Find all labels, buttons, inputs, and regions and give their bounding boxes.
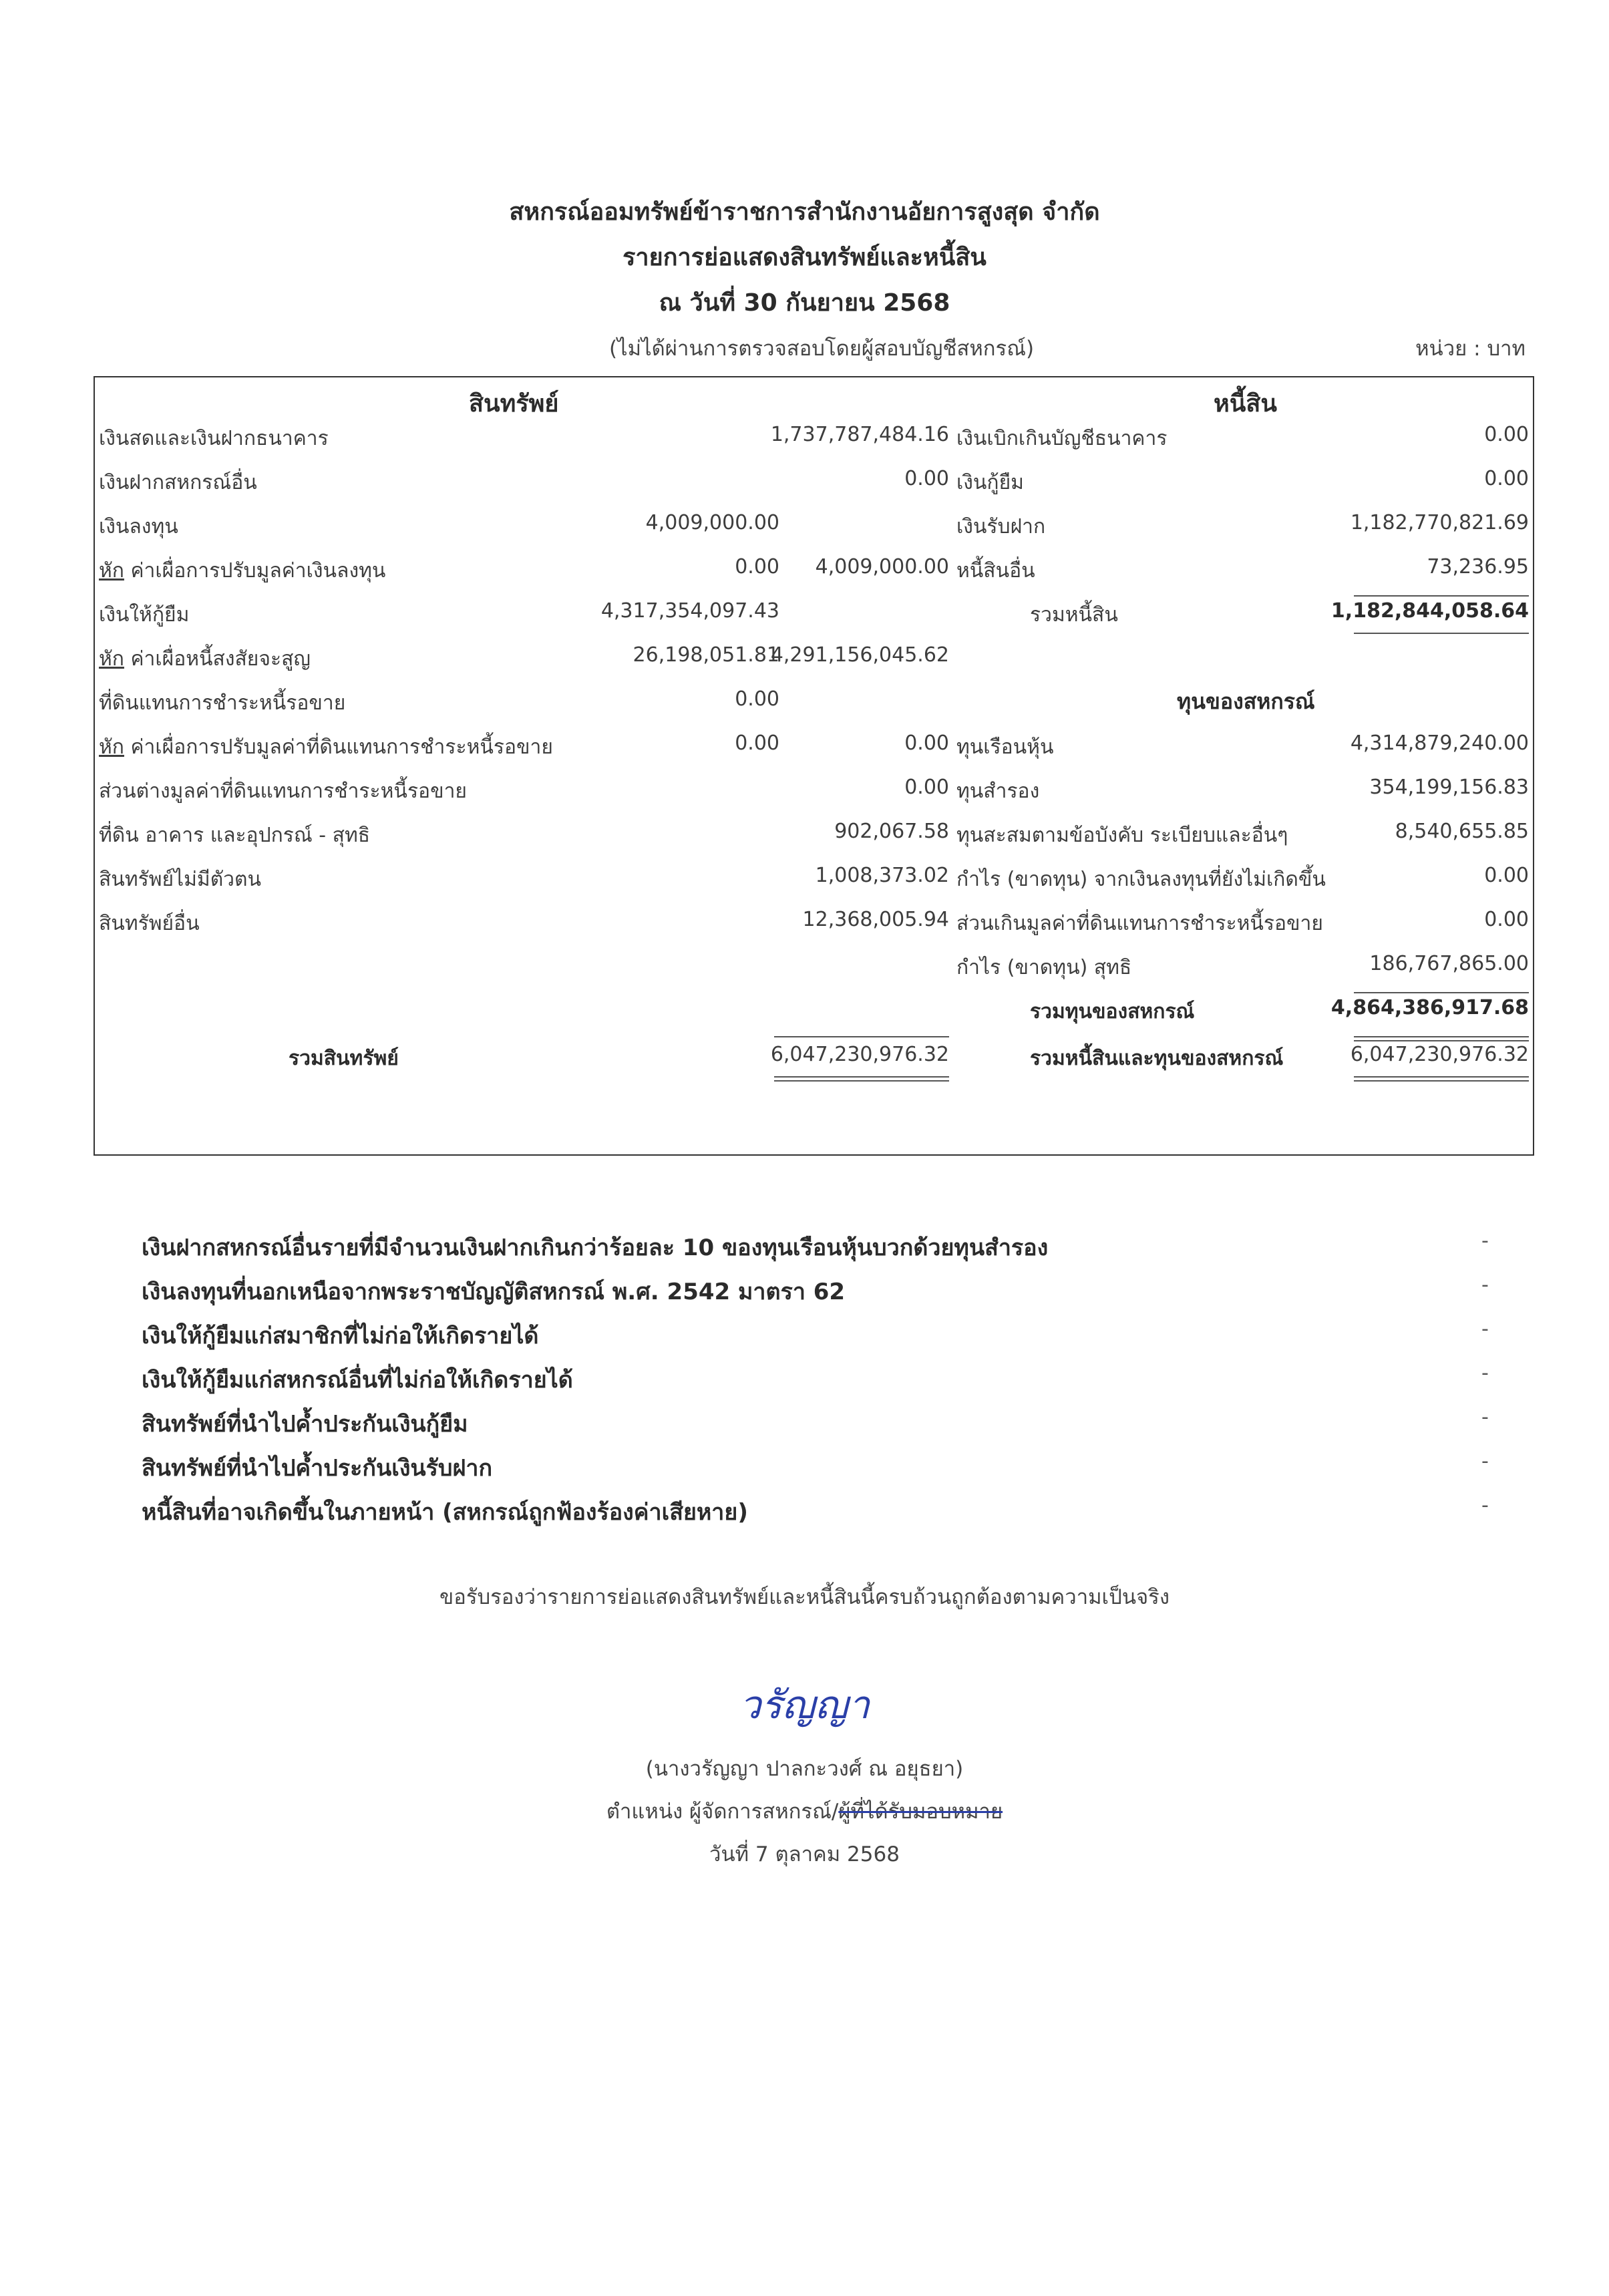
asset-sub-value: 0.00	[735, 555, 779, 579]
asset-total-value: 0.00	[904, 731, 949, 755]
report-title: รายการย่อแสดงสินทรัพย์และหนี้สิน	[0, 238, 1609, 276]
note-item: เงินลงทุนที่นอกเหนือจากพระราชบัญญัติสหกร…	[142, 1273, 845, 1309]
note-value: -	[1481, 1406, 1489, 1429]
subtotal-rule	[1354, 992, 1529, 993]
note-value: -	[1481, 1494, 1489, 1517]
asset-label: สินทรัพย์ไม่มีตัวตน	[99, 864, 261, 895]
liabilities-total-value: 1,182,844,058.64	[1331, 599, 1529, 623]
signature: วรัญญา	[0, 1673, 1609, 1736]
liabilities-heading: หนี้สิน	[1214, 384, 1277, 422]
asset-total-value: 1,737,787,484.16	[771, 423, 949, 446]
asset-label: หัก ค่าเผื่อหนี้สงสัยจะสูญ	[99, 643, 311, 675]
asset-total-value: 1,008,373.02	[816, 864, 949, 887]
total-rule	[1354, 633, 1529, 634]
grand-total-rule	[1354, 1076, 1529, 1082]
asset-sub-value: 4,009,000.00	[646, 511, 779, 534]
asset-sub-value: 0.00	[735, 687, 779, 711]
grand-total-value: 6,047,230,976.32	[1351, 1043, 1529, 1066]
certification-statement: ขอรับรองว่ารายการย่อแสดงสินทรัพย์และหนี้…	[0, 1580, 1609, 1613]
asset-sub-value: 4,317,354,097.43	[601, 599, 779, 623]
unit-label: หน่วย : บาท	[1415, 331, 1526, 365]
asset-label: เงินสดและเงินฝากธนาคาร	[99, 423, 329, 454]
assets-total-label: รวมสินทรัพย์	[289, 1043, 399, 1074]
subtotal-rule	[774, 1036, 949, 1037]
liabilities-total-label: รวมหนี้สิน	[1030, 599, 1118, 631]
assets-heading: สินทรัพย์	[469, 384, 558, 422]
equity-label: ส่วนเกินมูลค่าที่ดินแทนการชำระหนี้รอขาย	[956, 908, 1323, 939]
note-item: เงินให้กู้ยืมแก่สหกรณ์อื่นที่ไม่ก่อให้เก…	[142, 1361, 573, 1398]
asset-label: หัก ค่าเผื่อการปรับมูลค่าเงินลงทุน	[99, 555, 385, 587]
signer-name: (นางวรัญญา ปาลกะวงศ์ ณ อยุธยา)	[0, 1752, 1609, 1785]
equity-label: ทุนสำรอง	[956, 776, 1039, 807]
asset-label: ที่ดินแทนการชำระหนี้รอขาย	[99, 687, 345, 719]
asset-label: เงินฝากสหกรณ์อื่น	[99, 467, 257, 498]
balance-sheet-table: สินทรัพย์ หนี้สิน ทุนของสหกรณ์ เงินสดและ…	[94, 376, 1534, 1156]
assets-total-value: 6,047,230,976.32	[771, 1043, 949, 1066]
audit-note: (ไม่ได้ผ่านการตรวจสอบโดยผู้สอบบัญชีสหกรณ…	[568, 331, 1075, 365]
asset-label: ส่วนต่างมูลค่าที่ดินแทนการชำระหนี้รอขาย	[99, 776, 467, 807]
note-item: เงินให้กู้ยืมแก่สมาชิกที่ไม่ก่อให้เกิดรา…	[142, 1317, 539, 1353]
equity-value: 0.00	[1484, 864, 1529, 887]
position-struck-text: ผู้ที่ได้รับมอบหมาย	[838, 1800, 1003, 1824]
deduct-prefix: หัก	[99, 647, 124, 671]
liability-value: 1,182,770,821.69	[1351, 511, 1529, 534]
note-item: เงินฝากสหกรณ์อื่นรายที่มีจำนวนเงินฝากเกิ…	[142, 1229, 1048, 1265]
total-rule	[1354, 1036, 1529, 1041]
signer-position: ตำแหน่ง ผู้จัดการสหกรณ์/ผู้ที่ได้รับมอบห…	[0, 1794, 1609, 1828]
note-item: หนี้สินที่อาจเกิดขึ้นในภายหน้า (สหกรณ์ถู…	[142, 1494, 748, 1530]
equity-total-label: รวมทุนของสหกรณ์	[1030, 996, 1194, 1027]
asset-total-value: 902,067.58	[834, 820, 949, 843]
note-value: -	[1481, 1361, 1489, 1385]
report-date: ณ วันที่ 30 กันยายน 2568	[0, 283, 1609, 321]
asset-total-value: 0.00	[904, 467, 949, 490]
equity-value: 0.00	[1484, 908, 1529, 931]
equity-label: ทุนเรือนหุ้น	[956, 731, 1053, 763]
asset-sub-value: 26,198,051.81	[633, 643, 779, 667]
liability-label: เงินเบิกเกินบัญชีธนาคาร	[956, 423, 1167, 454]
equity-value: 354,199,156.83	[1369, 776, 1529, 799]
equity-value: 186,767,865.00	[1369, 952, 1529, 975]
asset-label: สินทรัพย์อื่น	[99, 908, 200, 939]
grand-total-rule	[774, 1076, 949, 1082]
asset-total-value: 4,009,000.00	[816, 555, 949, 579]
asset-total-value: 4,291,156,045.62	[771, 643, 949, 667]
asset-total-value: 0.00	[904, 776, 949, 799]
position-title: ตำแหน่ง ผู้จัดการสหกรณ์/	[606, 1800, 838, 1824]
liability-label: เงินรับฝาก	[956, 511, 1045, 542]
equity-heading: ทุนของสหกรณ์	[1177, 685, 1315, 719]
asset-label: หัก ค่าเผื่อการปรับมูลค่าที่ดินแทนการชำร…	[99, 731, 553, 763]
note-value: -	[1481, 1229, 1489, 1253]
equity-value: 4,314,879,240.00	[1351, 731, 1529, 755]
equity-label: กำไร (ขาดทุน) จากเงินลงทุนที่ยังไม่เกิดข…	[956, 864, 1326, 895]
liability-label: เงินกู้ยืม	[956, 467, 1024, 498]
note-value: -	[1481, 1450, 1489, 1473]
asset-total-value: 12,368,005.94	[803, 908, 949, 931]
equity-value: 8,540,655.85	[1395, 820, 1529, 843]
liability-value: 0.00	[1484, 423, 1529, 446]
note-value: -	[1481, 1317, 1489, 1341]
asset-sub-value: 0.00	[735, 731, 779, 755]
asset-label: เงินให้กู้ยืม	[99, 599, 189, 631]
equity-label: ทุนสะสมตามข้อบังคับ ระเบียบและอื่นๆ	[956, 820, 1288, 851]
equity-label: กำไร (ขาดทุน) สุทธิ	[956, 952, 1131, 983]
note-item: สินทรัพย์ที่นำไปค้ำประกันเงินรับฝาก	[142, 1450, 492, 1486]
deduct-prefix: หัก	[99, 735, 124, 759]
liability-value: 0.00	[1484, 467, 1529, 490]
subtotal-rule	[1354, 595, 1529, 597]
sign-date: วันที่ 7 ตุลาคม 2568	[0, 1837, 1609, 1870]
equity-total-value: 4,864,386,917.68	[1331, 996, 1529, 1019]
asset-label: ที่ดิน อาคาร และอุปกรณ์ - สุทธิ	[99, 820, 370, 851]
asset-label: เงินลงทุน	[99, 511, 178, 542]
liability-label: หนี้สินอื่น	[956, 555, 1035, 587]
org-name: สหกรณ์ออมทรัพย์ข้าราชการสำนักงานอัยการสู…	[0, 192, 1609, 230]
grand-total-label: รวมหนี้สินและทุนของสหกรณ์	[1030, 1043, 1283, 1074]
liability-value: 73,236.95	[1427, 555, 1529, 579]
note-value: -	[1481, 1273, 1489, 1297]
deduct-prefix: หัก	[99, 559, 124, 583]
note-item: สินทรัพย์ที่นำไปค้ำประกันเงินกู้ยืม	[142, 1406, 468, 1442]
